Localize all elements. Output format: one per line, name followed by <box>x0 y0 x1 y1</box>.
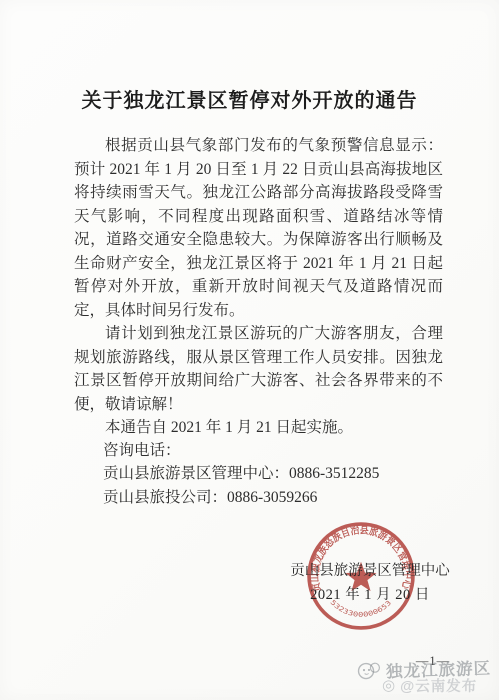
contact-heading: 咨询电话： <box>103 439 379 462</box>
body-paragraph: 根据贡山县气象部门发布的气象预警信息显示：预计 2021 年 1 月 20 日至… <box>74 134 443 322</box>
signature-organization: 贡山县旅游景区管理中心 <box>280 560 460 584</box>
watermark-secondary: ◎ @云南发布 <box>382 675 477 696</box>
signature-date: 2021 年 1 月 20 日 <box>280 584 460 608</box>
watermark-secondary-label: @云南发布 <box>400 675 477 696</box>
contact-line: 贡山县旅游景区管理中心：0886-3512285 <box>103 462 379 485</box>
notice-document: 关于独龙江景区暂停对外开放的通告 根据贡山县气象部门发布的气象预警信息显示：预计… <box>0 0 499 700</box>
contact-info: 咨询电话： 贡山县旅游景区管理中心：0886-3512285 贡山县旅投公司：0… <box>103 439 379 509</box>
body-paragraph: 请计划到独龙江景区游玩的广大游客朋友，合理规划旅游路线，服从景区管理工作人员安排… <box>74 322 443 416</box>
mascot-logo-icon <box>357 659 384 682</box>
contact-line: 贡山县旅投公司：0886-3059266 <box>103 486 379 509</box>
body-paragraph: 本通告自 2021 年 1 月 21 日起实施。 <box>74 416 443 440</box>
signature-block: 贡山县旅游景区管理中心 2021 年 1 月 20 日 <box>280 560 460 607</box>
page-title: 关于独龙江景区暂停对外开放的通告 <box>0 84 499 113</box>
spiral-logo-icon: ◎ <box>382 678 396 693</box>
notice-body: 根据贡山县气象部门发布的气象预警信息显示：预计 2021 年 1 月 20 日至… <box>74 134 443 440</box>
